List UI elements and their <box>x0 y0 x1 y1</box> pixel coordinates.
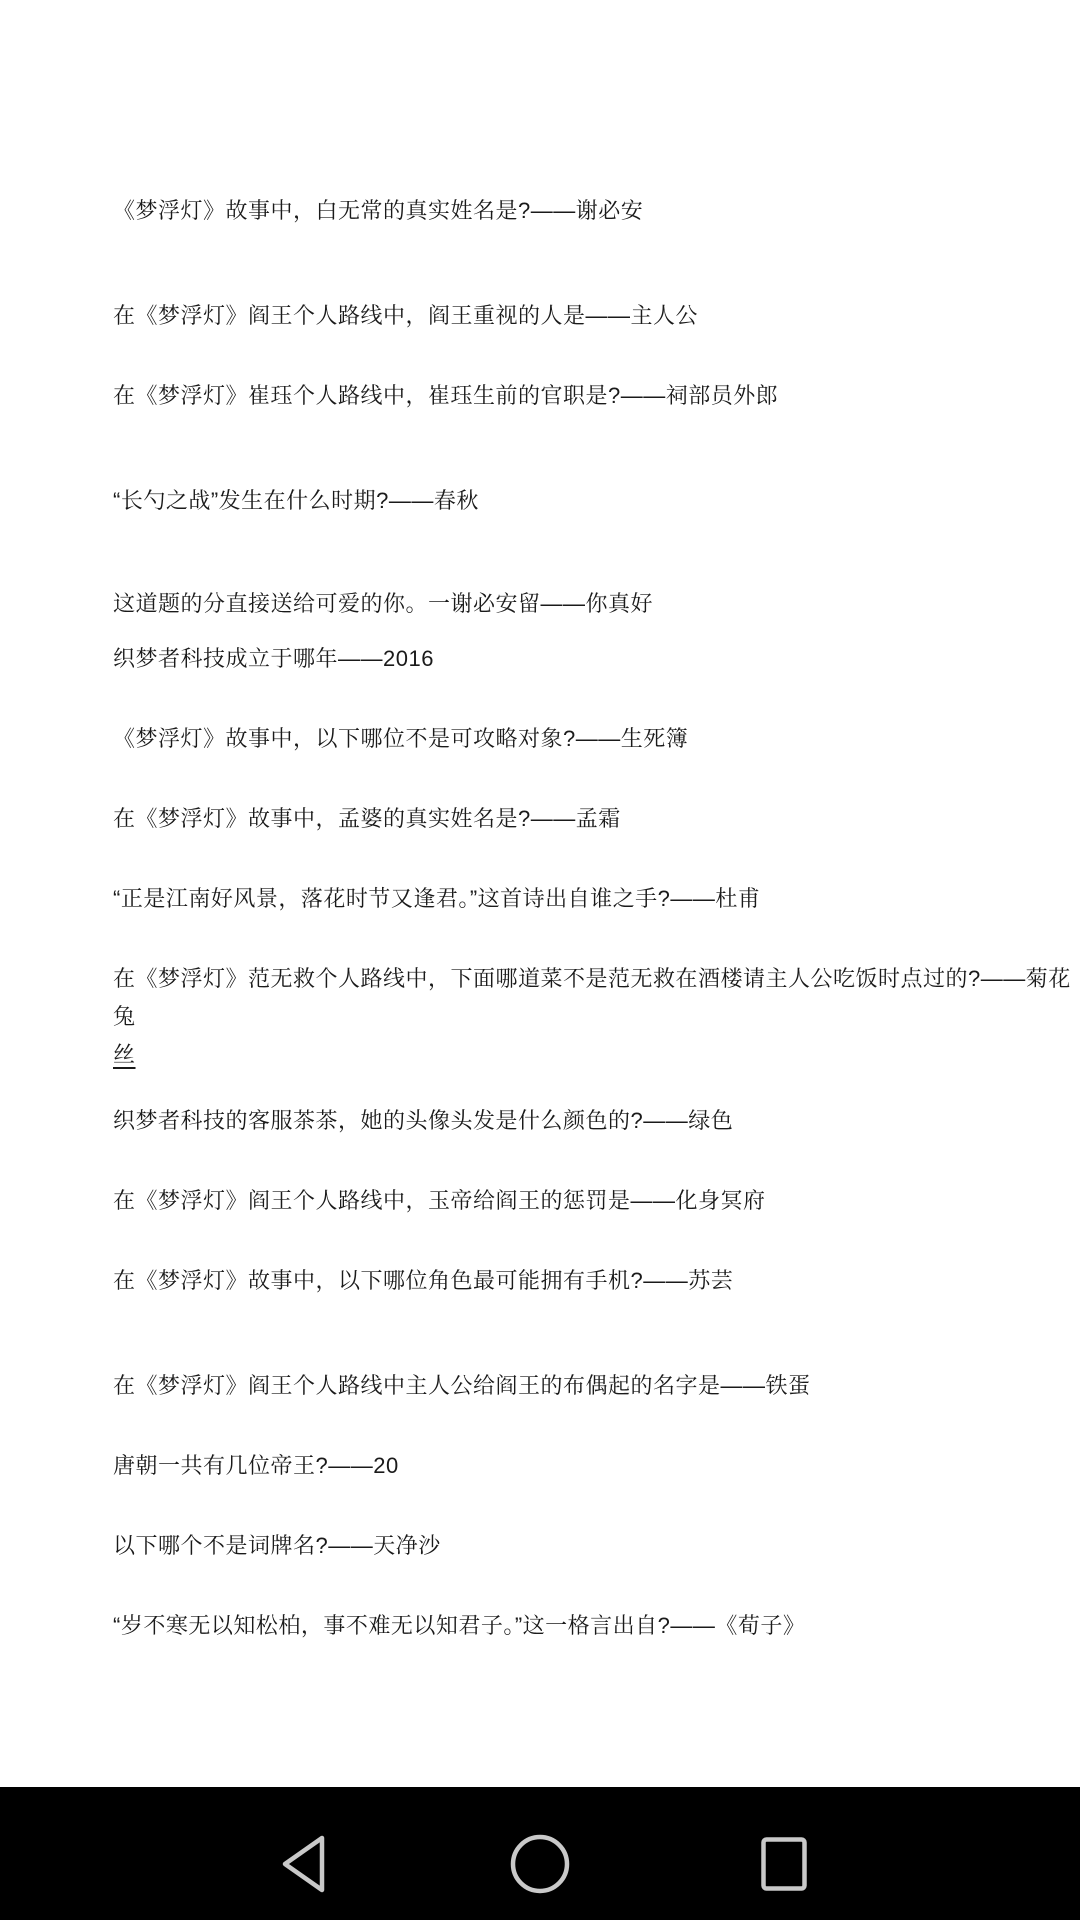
recents-button[interactable] <box>704 1787 864 1920</box>
qa-line: 织梦者科技的客服茶茶，她的头像头发是什么颜色的?——绿色 <box>113 1102 1076 1140</box>
document-scroll-area[interactable]: 《梦浮灯》故事中，白无常的真实姓名是?——谢必安在《梦浮灯》阎王个人路线中，阎王… <box>0 0 1080 1787</box>
qa-text: 以下哪个不是词牌名?——天净沙 <box>113 1533 441 1558</box>
qa-text: 这道题的分直接送给可爱的你。一谢必安留——你真好 <box>113 591 653 616</box>
back-triangle-icon <box>277 1833 327 1895</box>
qa-text: 《梦浮灯》故事中，白无常的真实姓名是?——谢必安 <box>113 198 643 223</box>
qa-text: 在《梦浮灯》阎王个人路线中，玉帝给阎王的惩罚是——化身冥府 <box>113 1188 766 1213</box>
qa-text: 唐朝一共有几位帝王?——20 <box>113 1453 399 1478</box>
home-circle-icon <box>509 1833 571 1895</box>
qa-text: “长勺之战”发生在什么时期?——春秋 <box>113 488 479 513</box>
qa-text: 在《梦浮灯》故事中，以下哪位角色最可能拥有手机?——苏芸 <box>113 1268 733 1293</box>
qa-line: 《梦浮灯》故事中，白无常的真实姓名是?——谢必安 <box>113 192 1076 230</box>
qa-text: 在《梦浮灯》故事中，孟婆的真实姓名是?——孟霜 <box>113 806 621 831</box>
home-button[interactable] <box>460 1787 620 1920</box>
qa-text: 在《梦浮灯》阎王个人路线中，阎王重视的人是——主人公 <box>113 303 698 328</box>
qa-text: “正是江南好风景，落花时节又逢君。”这首诗出自谁之手?——杜甫 <box>113 886 760 911</box>
back-button[interactable] <box>222 1787 382 1920</box>
qa-line: 《梦浮灯》故事中，以下哪位不是可攻略对象?——生死簿 <box>113 720 1076 758</box>
qa-line: “岁不寒无以知松柏，事不难无以知君子。”这一格言出自?——《荀子》 <box>113 1607 1076 1645</box>
android-nav-bar <box>0 1787 1080 1920</box>
qa-line: 在《梦浮灯》阎王个人路线中，阎王重视的人是——主人公 <box>113 297 1076 335</box>
qa-text: 织梦者科技成立于哪年——2016 <box>113 646 434 671</box>
qa-line: 唐朝一共有几位帝王?——20 <box>113 1447 1076 1485</box>
qa-line: 在《梦浮灯》故事中，孟婆的真实姓名是?——孟霜 <box>113 800 1076 838</box>
phone-screen: 《梦浮灯》故事中，白无常的真实姓名是?——谢必安在《梦浮灯》阎王个人路线中，阎王… <box>0 0 1080 1920</box>
qa-text: 在《梦浮灯》崔珏个人路线中，崔珏生前的官职是?——祠部员外郎 <box>113 383 778 408</box>
qa-line: 织梦者科技成立于哪年——2016 <box>113 640 1076 678</box>
recents-square-icon <box>760 1836 808 1892</box>
qa-text: “岁不寒无以知松柏，事不难无以知君子。”这一格言出自?——《荀子》 <box>113 1613 805 1638</box>
qa-text-continuation: 丝 <box>113 1042 136 1067</box>
qa-line: 在《梦浮灯》范无救个人路线中，下面哪道菜不是范无救在酒楼请主人公吃饭时点过的?—… <box>113 960 1076 1074</box>
qa-line: “长勺之战”发生在什么时期?——春秋 <box>113 482 1076 520</box>
qa-line: 在《梦浮灯》崔珏个人路线中，崔珏生前的官职是?——祠部员外郎 <box>113 377 1076 415</box>
qa-line: 以下哪个不是词牌名?——天净沙 <box>113 1527 1076 1565</box>
qa-text: 织梦者科技的客服茶茶，她的头像头发是什么颜色的?——绿色 <box>113 1108 733 1133</box>
qa-line: “正是江南好风景，落花时节又逢君。”这首诗出自谁之手?——杜甫 <box>113 880 1076 918</box>
qa-line: 在《梦浮灯》故事中，以下哪位角色最可能拥有手机?——苏芸 <box>113 1262 1076 1300</box>
qa-line: 在《梦浮灯》阎王个人路线中主人公给阎王的布偶起的名字是——铁蛋 <box>113 1367 1076 1405</box>
qa-text: 《梦浮灯》故事中，以下哪位不是可攻略对象?——生死簿 <box>113 726 688 751</box>
qa-text: 在《梦浮灯》阎王个人路线中主人公给阎王的布偶起的名字是——铁蛋 <box>113 1373 811 1398</box>
qa-line: 这道题的分直接送给可爱的你。一谢必安留——你真好 <box>113 585 1076 623</box>
qa-line: 在《梦浮灯》阎王个人路线中，玉帝给阎王的惩罚是——化身冥府 <box>113 1182 1076 1220</box>
qa-text: 在《梦浮灯》范无救个人路线中，下面哪道菜不是范无救在酒楼请主人公吃饭时点过的?—… <box>113 966 1071 1029</box>
